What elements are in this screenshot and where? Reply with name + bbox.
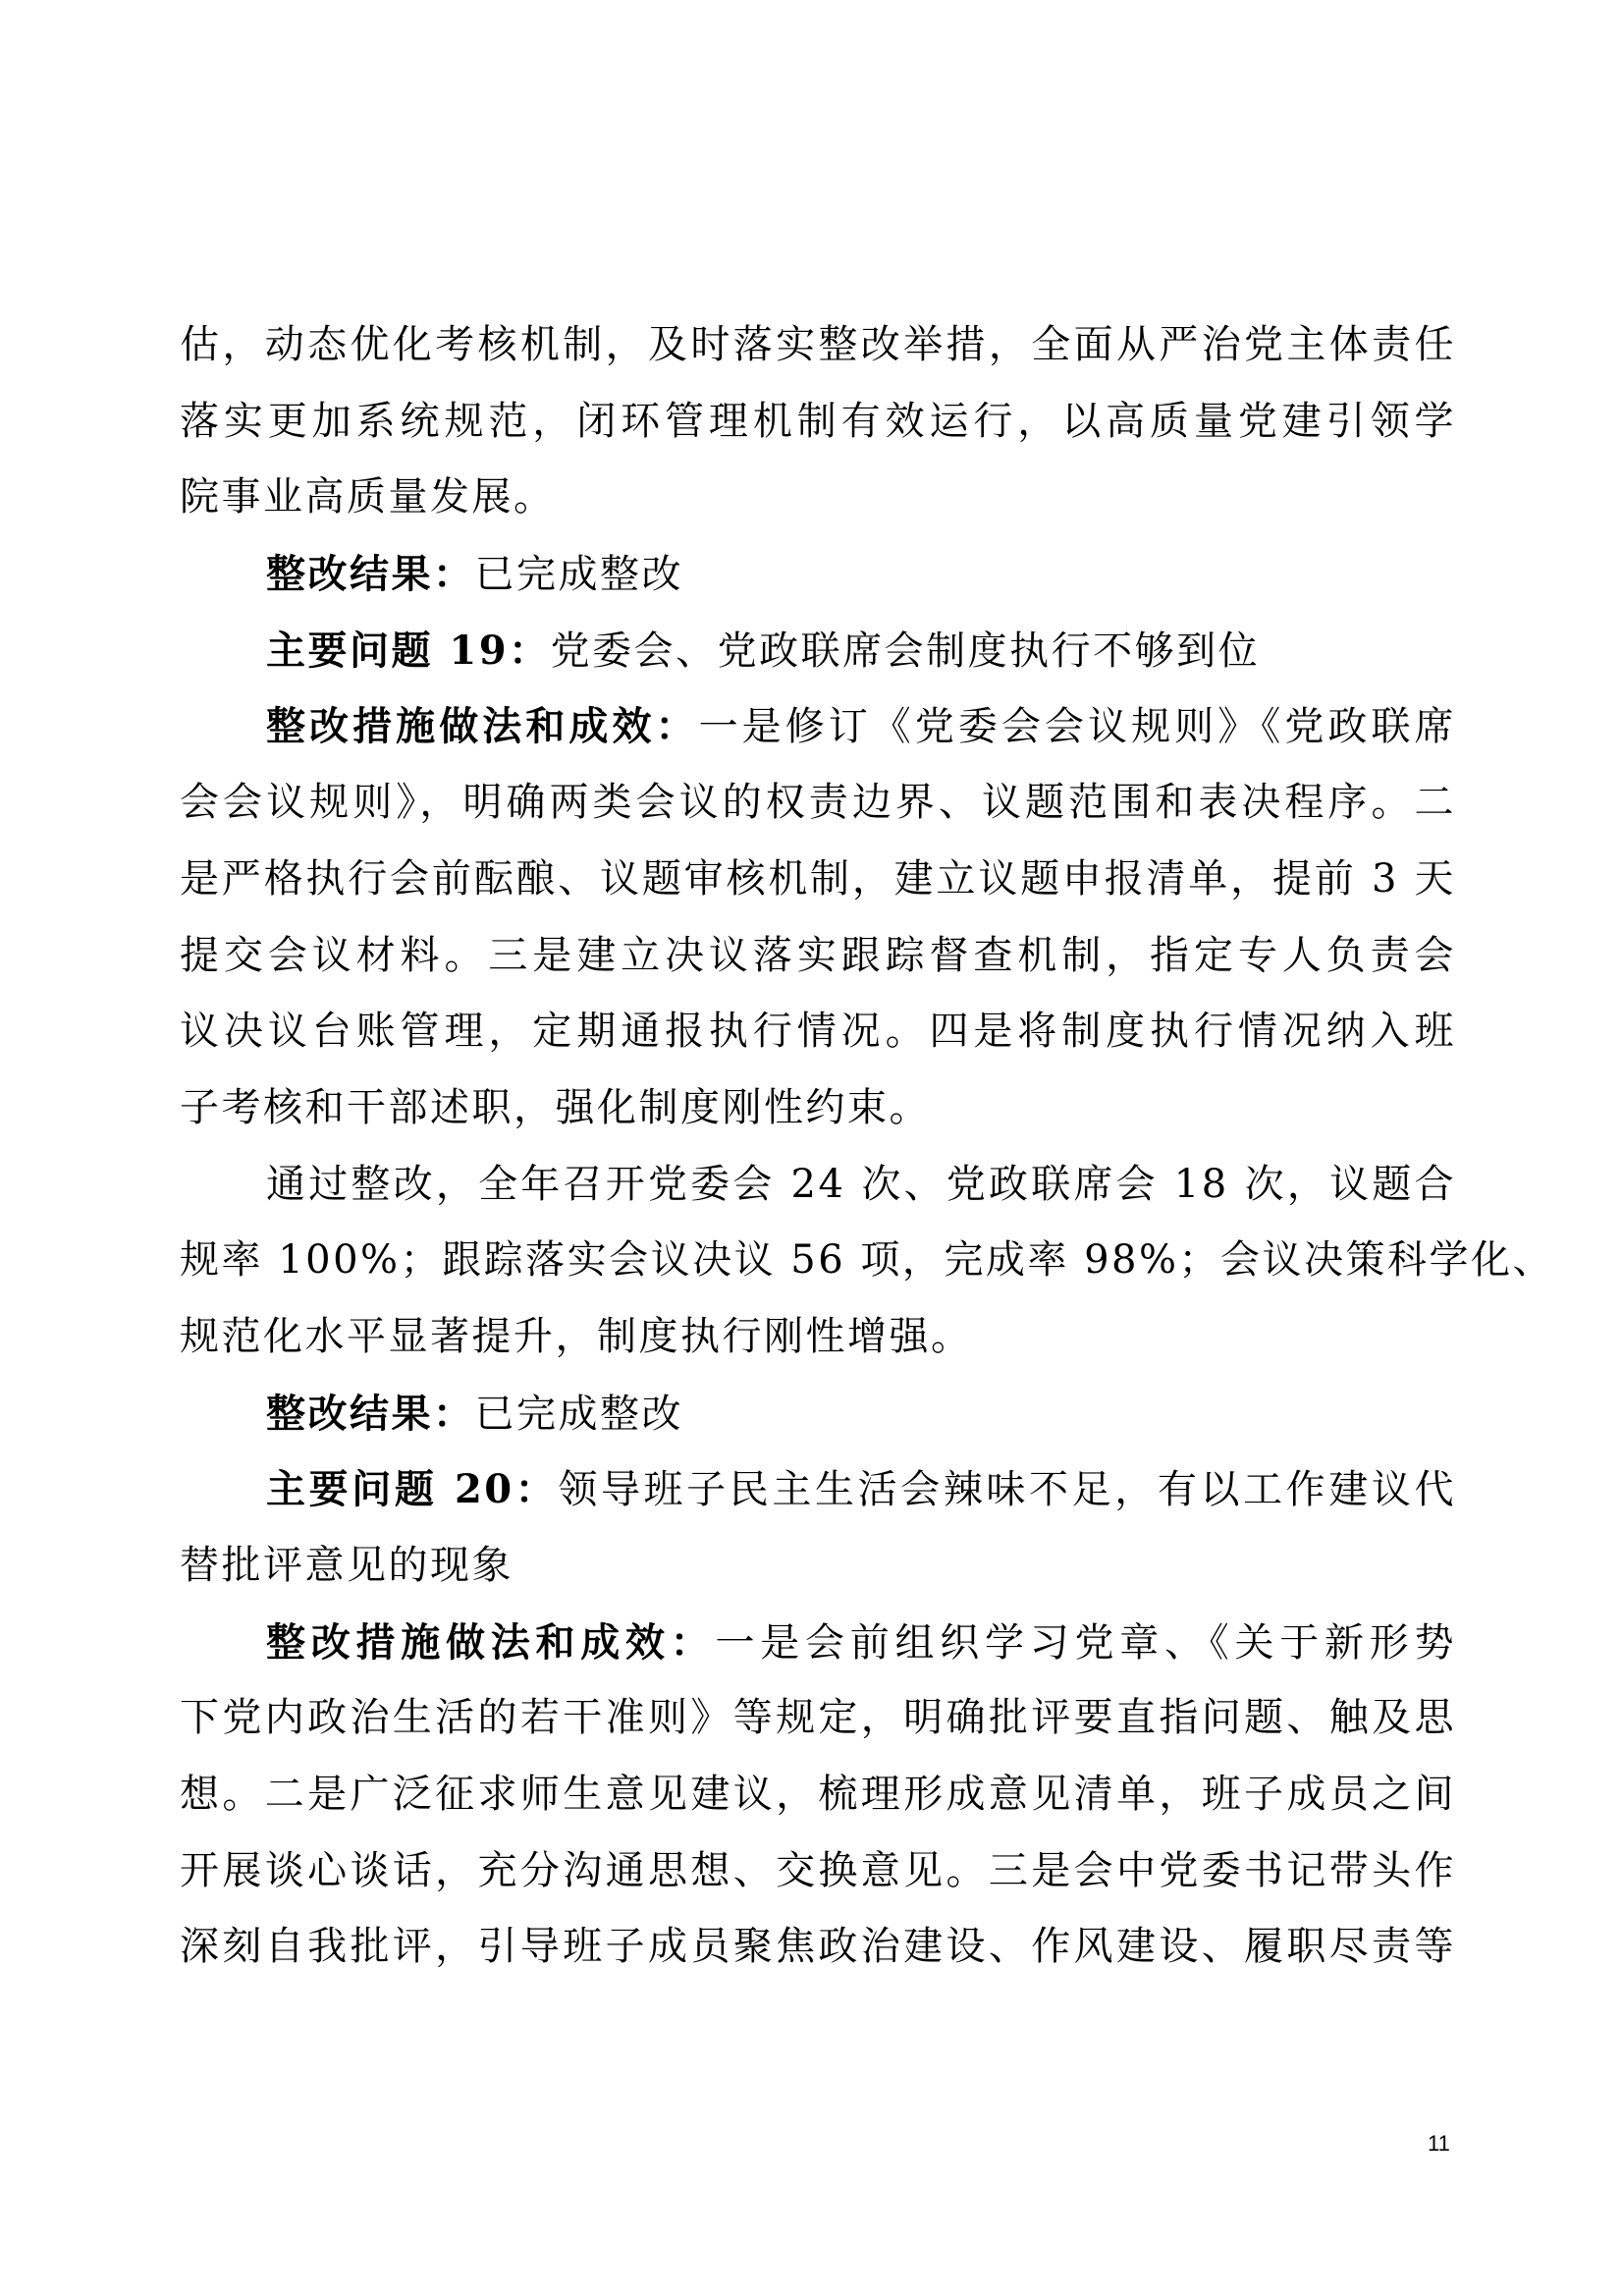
- paragraph-line: 深刻自我批评，引导班子成员聚焦政治建设、作风建设、履职尽责等: [180, 1909, 1456, 1986]
- line-text: 会会议规则》，明确两类会议的权责边界、议题范围和表决程序。二: [180, 780, 1456, 825]
- section-heading-line: 整改结果：已完成整改: [180, 1376, 1456, 1452]
- section-label: 主要问题 20：: [266, 1466, 558, 1512]
- line-text: 党委会、党政联席会制度执行不够到位: [551, 629, 1261, 674]
- line-text: 下党内政治生活的若干准则》等规定，明确批评要直指问题、触及思: [180, 1695, 1456, 1740]
- document-page: 估，动态优化考核机制，及时落实整改举措，全面从严治党主体责任落实更加系统规范，闭…: [0, 0, 1622, 2296]
- line-text: 是严格执行会前酝酿、议题审核机制，建立议题申报清单，提前 3 天: [180, 856, 1456, 902]
- line-text: 深刻自我批评，引导班子成员聚焦政治建设、作风建设、履职尽责等: [180, 1924, 1456, 1969]
- section-heading-line: 主要问题 19：党委会、党政联席会制度执行不够到位: [180, 613, 1456, 689]
- paragraph-line: 估，动态优化考核机制，及时落实整改举措，全面从严治党主体责任: [180, 307, 1456, 384]
- section-label: 整改结果：: [266, 551, 475, 597]
- line-text: 规范化水平显著提升，制度执行刚性增强。: [180, 1314, 973, 1359]
- paragraph-line: 通过整改，全年召开党委会 24 次、党政联席会 18 次，议题合: [180, 1147, 1456, 1224]
- line-text: 落实更加系统规范，闭环管理机制有效运行，以高质量党建引领学: [180, 399, 1456, 444]
- section-heading-line: 整改措施做法和成效：一是会前组织学习党章、《关于新形势: [180, 1605, 1456, 1681]
- paragraph-line: 开展谈心谈话，充分沟通思想、交换意见。三是会中党委书记带头作: [180, 1833, 1456, 1910]
- section-heading-line: 整改措施做法和成效：一是修订《党委会会议规则》《党政联席: [180, 688, 1456, 765]
- line-text: 已完成整改: [475, 552, 684, 597]
- line-text: 估，动态优化考核机制，及时落实整改举措，全面从严治党主体责任: [180, 322, 1456, 367]
- paragraph-line: 规范化水平显著提升，制度执行刚性增强。: [180, 1299, 1456, 1376]
- line-text: 领导班子民主生活会辣味不足，有以工作建议代: [558, 1467, 1456, 1512]
- line-text: 一是会前组织学习党章、《关于新形势: [716, 1620, 1457, 1666]
- line-text: 提交会议材料。三是建立决议落实跟踪督查机制，指定专人负责会: [180, 933, 1456, 978]
- paragraph-line: 下党内政治生活的若干准则》等规定，明确批评要直指问题、触及思: [180, 1680, 1456, 1757]
- paragraph-line: 会会议规则》，明确两类会议的权责边界、议题范围和表决程序。二: [180, 765, 1456, 842]
- line-text: 通过整改，全年召开党委会 24 次、党政联席会 18 次，议题合: [266, 1162, 1456, 1207]
- paragraph-line: 想。二是广泛征求师生意见建议，梳理形成意见清单，班子成员之间: [180, 1757, 1456, 1833]
- line-text: 子考核和干部述职，强化制度刚性约束。: [180, 1085, 931, 1130]
- section-heading-line: 整改结果：已完成整改: [180, 536, 1456, 613]
- section-heading-line: 主要问题 20：领导班子民主生活会辣味不足，有以工作建议代: [180, 1451, 1456, 1528]
- section-label: 整改措施做法和成效：: [266, 703, 699, 749]
- paragraph-line: 子考核和干部述职，强化制度刚性约束。: [180, 1070, 1456, 1147]
- line-text: 想。二是广泛征求师生意见建议，梳理形成意见清单，班子成员之间: [180, 1772, 1456, 1817]
- line-text: 替批评意见的现象: [180, 1543, 514, 1588]
- page-number: 11: [1428, 2129, 1450, 2159]
- paragraph-line: 规率 100%；跟踪落实会议决议 56 项，完成率 98%；会议决策科学化、: [180, 1223, 1456, 1299]
- paragraph-line: 落实更加系统规范，闭环管理机制有效运行，以高质量党建引领学: [180, 384, 1456, 461]
- paragraph-line: 替批评意见的现象: [180, 1528, 1456, 1605]
- line-text: 规率 100%；跟踪落实会议决议 56 项，完成率 98%；会议决策科学化、: [180, 1237, 1554, 1283]
- section-label: 整改措施做法和成效：: [266, 1619, 716, 1666]
- paragraph-line: 提交会议材料。三是建立决议落实跟踪督查机制，指定专人负责会: [180, 918, 1456, 995]
- paragraph-line: 院事业高质量发展。: [180, 460, 1456, 536]
- paragraph-line: 议决议台账管理，定期通报执行情况。四是将制度执行情况纳入班: [180, 994, 1456, 1070]
- line-text: 议决议台账管理，定期通报执行情况。四是将制度执行情况纳入班: [180, 1009, 1456, 1054]
- line-text: 开展谈心谈话，充分沟通思想、交换意见。三是会中党委书记带头作: [180, 1848, 1456, 1893]
- section-label: 主要问题 19：: [266, 628, 551, 674]
- section-label: 整改结果：: [266, 1391, 475, 1437]
- line-text: 一是修订《党委会会议规则》《党政联席: [699, 704, 1456, 749]
- line-text: 院事业高质量发展。: [180, 474, 556, 519]
- paragraph-line: 是严格执行会前酝酿、议题审核机制，建立议题申报清单，提前 3 天: [180, 842, 1456, 918]
- line-text: 已完成整改: [475, 1392, 684, 1437]
- document-body: 估，动态优化考核机制，及时落实整改举措，全面从严治党主体责任落实更加系统规范，闭…: [180, 307, 1456, 1986]
